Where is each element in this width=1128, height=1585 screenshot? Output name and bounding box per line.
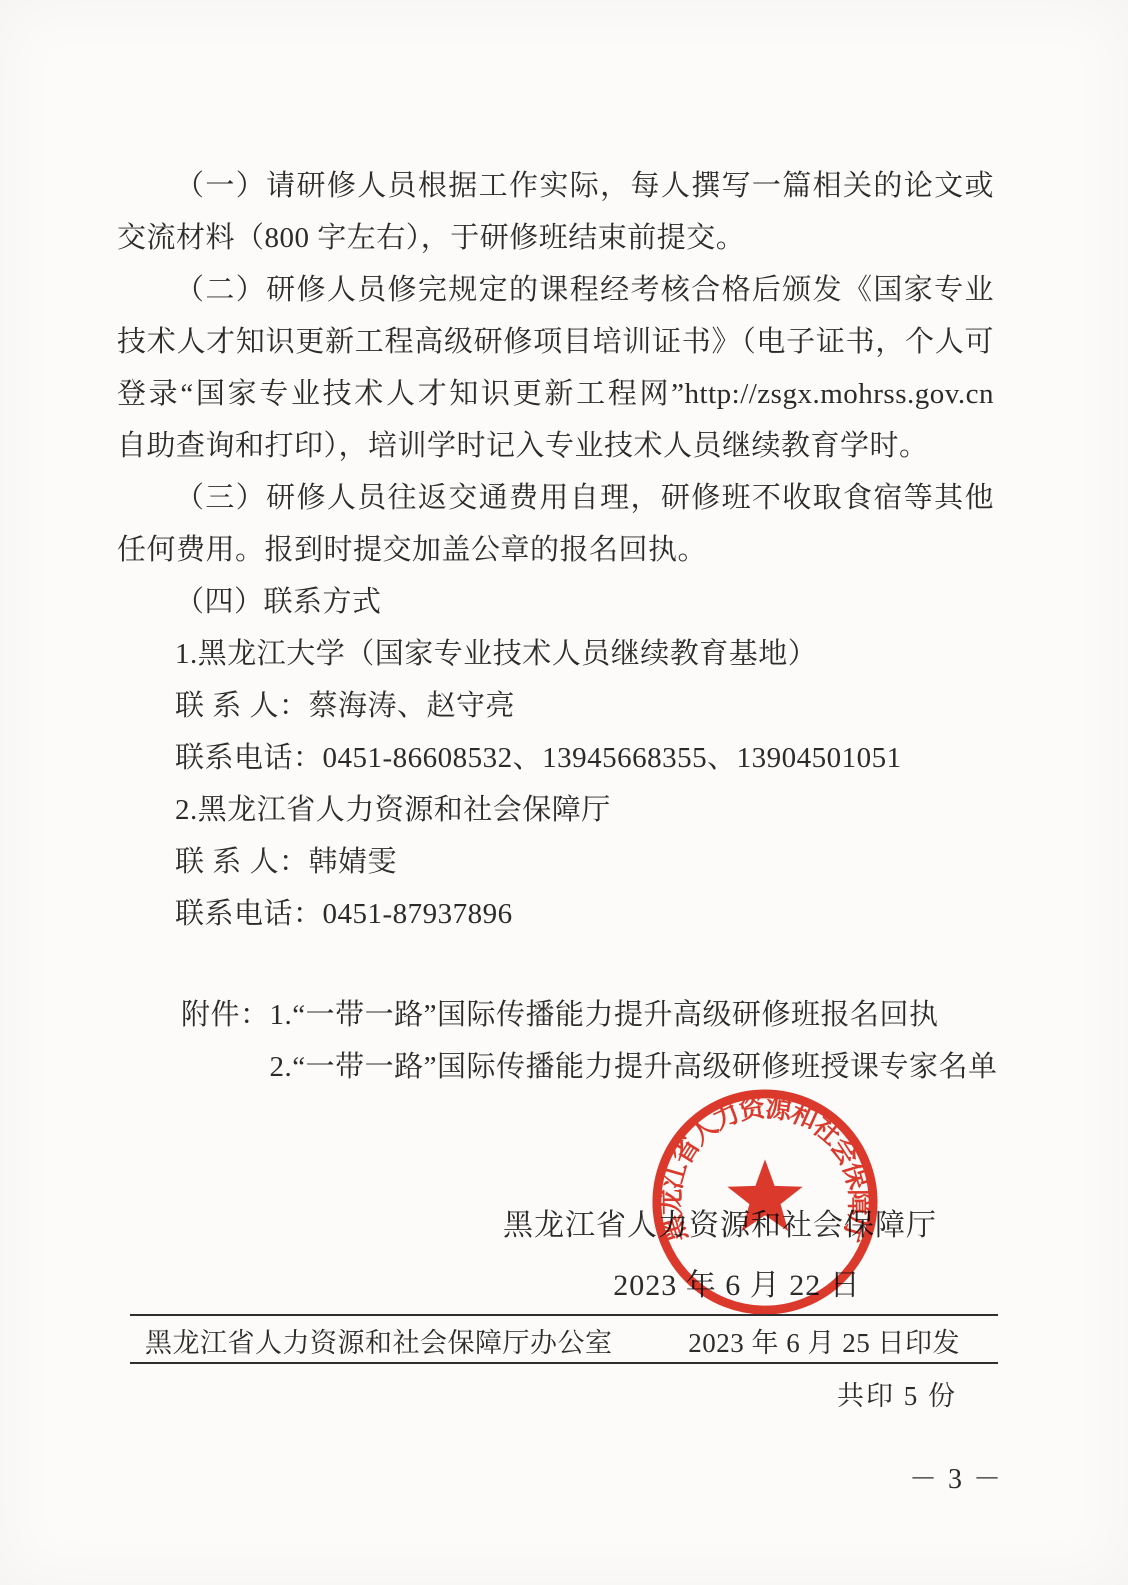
contact-phone-2: 联系电话：0451-87937896 <box>117 888 994 940</box>
contact-org-2: 2.黑龙江省人力资源和社会保障厅 <box>117 784 994 836</box>
footer-print-date: 2023 年 6 月 25 日印发 <box>688 1324 960 1362</box>
attachment-item-1: 1.“一带一路”国际传播能力提升高级研修班报名回执 <box>270 989 998 1041</box>
body-line-6: 自助查询和打印），培训学时记入专业技术人员继续教育学时。 <box>117 420 994 472</box>
attachments-block: 附件： 1.“一带一路”国际传播能力提升高级研修班报名回执 2.“一带一路”国际… <box>181 989 998 1093</box>
body-line-4: 技术人才知识更新工程高级研修项目培训证书》（电子证书，个人可 <box>117 316 994 368</box>
footer-rule-top <box>130 1314 998 1316</box>
contact-person-2: 联 系 人：韩婧雯 <box>117 836 994 888</box>
body-line-1: （一）请研修人员根据工作实际，每人撰写一篇相关的论文或 <box>117 160 994 212</box>
contact-phone-1: 联系电话：0451-86608532、13945668355、139045010… <box>117 732 994 784</box>
body-line-3: （二）研修人员修完规定的课程经考核合格后颁发《国家专业 <box>117 264 994 316</box>
attachments-label: 附件： <box>181 989 270 1041</box>
footer-copies: 共印 5 份 <box>837 1378 957 1414</box>
official-seal: 黑龙江省人力资源和社会保障厅 <box>646 1083 884 1321</box>
contact-org-1: 1.黑龙江大学（国家专业技术人员继续教育基地） <box>117 628 994 680</box>
page-number: － 3 － <box>909 1462 1003 1498</box>
body-line-5: 登录“国家专业技术人才知识更新工程网”http://zsgx.mohrss.go… <box>117 368 994 420</box>
document-page: （一）请研修人员根据工作实际，每人撰写一篇相关的论文或 交流材料（800 字左右… <box>0 0 1128 1585</box>
body-line-8: 任何费用。报到时提交加盖公章的报名回执。 <box>117 524 994 576</box>
document-body: （一）请研修人员根据工作实际，每人撰写一篇相关的论文或 交流材料（800 字左右… <box>117 160 994 940</box>
seal-star-icon <box>727 1159 802 1231</box>
body-line-9: （四）联系方式 <box>117 576 994 628</box>
attachment-item-2: 2.“一带一路”国际传播能力提升高级研修班授课专家名单 <box>270 1041 998 1093</box>
contact-person-1: 联 系 人：蔡海涛、赵守亮 <box>117 680 994 732</box>
footer-row: 黑龙江省人力资源和社会保障厅办公室 2023 年 6 月 25 日印发 <box>145 1324 990 1362</box>
body-line-7: （三）研修人员往返交通费用自理，研修班不收取食宿等其他 <box>117 472 994 524</box>
body-line-2: 交流材料（800 字左右），于研修班结束前提交。 <box>117 212 994 264</box>
footer-office: 黑龙江省人力资源和社会保障厅办公室 <box>145 1324 613 1362</box>
footer-rule-bottom <box>130 1362 998 1364</box>
